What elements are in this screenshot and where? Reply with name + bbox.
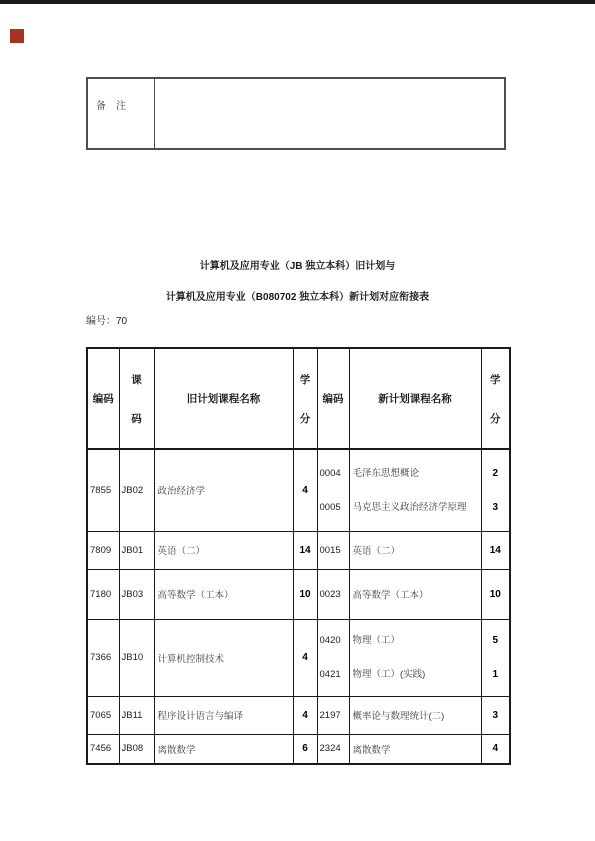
- new-name-cell: 高等数学（工本）: [349, 569, 481, 619]
- doc-title-line2: 计算机及应用专业（B080702 独立本科）新计划对应衔接表: [0, 288, 595, 303]
- course-code-cell: JB08: [119, 734, 154, 764]
- table-row: 7065 JB11 程序设计语言与编译 4 2197 概率论与数理统计(二) 3: [87, 696, 510, 734]
- new-code-cell: 2197: [317, 696, 349, 734]
- old-name-cell: 计算机控制技术: [154, 619, 293, 696]
- course-mapping-table: 编码 课 码 旧计划课程名称 学 分 编码 新计划课程名称 学 分: [86, 347, 511, 765]
- table-row: 7366 JB10 计算机控制技术 4 0420 0421 物理（工） 物理（工…: [87, 619, 510, 696]
- old-code-cell: 7809: [87, 531, 119, 569]
- old-code-cell: 7065: [87, 696, 119, 734]
- doc-number: 编号：70: [86, 312, 127, 327]
- course-code-cell: JB01: [119, 531, 154, 569]
- header-old-code: 编码: [87, 348, 119, 449]
- new-code-cell: 0420 0421: [317, 619, 349, 696]
- page-top-bar: [0, 0, 595, 4]
- course-code-cell: JB02: [119, 449, 154, 531]
- old-credit-cell: 4: [293, 696, 317, 734]
- remark-label: 备 注: [88, 79, 155, 148]
- old-credit-cell: 4: [293, 449, 317, 531]
- table-row: 7180 JB03 高等数学（工本） 10 0023 高等数学（工本） 10: [87, 569, 510, 619]
- old-name-cell: 英语（二）: [154, 531, 293, 569]
- table-row: 7456 JB08 离散数学 6 2324 离散数学 4: [87, 734, 510, 764]
- new-credit-cell: 14: [481, 531, 510, 569]
- old-name-cell: 离散数学: [154, 734, 293, 764]
- new-code-cell: 0015: [317, 531, 349, 569]
- course-code-cell: JB03: [119, 569, 154, 619]
- header-course-code: 课 码: [119, 348, 154, 449]
- old-name-cell: 政治经济学: [154, 449, 293, 531]
- header-new-credit: 学 分: [481, 348, 510, 449]
- table-row: 7855 JB02 政治经济学 4 0004 0005 毛泽东思想概论 马克思主…: [87, 449, 510, 531]
- course-code-cell: JB11: [119, 696, 154, 734]
- old-code-cell: 7366: [87, 619, 119, 696]
- new-code-cell: 0023: [317, 569, 349, 619]
- header-old-credit: 学 分: [293, 348, 317, 449]
- header-new-code: 编码: [317, 348, 349, 449]
- new-name-cell: 物理（工） 物理（工）(实践): [349, 619, 481, 696]
- new-credit-cell: 5 1: [481, 619, 510, 696]
- new-credit-cell: 2 3: [481, 449, 510, 531]
- new-name-cell: 毛泽东思想概论 马克思主义政治经济学原理: [349, 449, 481, 531]
- new-name-cell: 离散数学: [349, 734, 481, 764]
- red-marker: [10, 29, 24, 43]
- new-code-cell: 2324: [317, 734, 349, 764]
- new-name-cell: 英语（二）: [349, 531, 481, 569]
- new-name-cell: 概率论与数理统计(二): [349, 696, 481, 734]
- new-credit-cell: 10: [481, 569, 510, 619]
- new-credit-cell: 4: [481, 734, 510, 764]
- course-code-cell: JB10: [119, 619, 154, 696]
- new-code-cell: 0004 0005: [317, 449, 349, 531]
- old-name-cell: 程序设计语言与编译: [154, 696, 293, 734]
- document-page: { "page": { "top_bar_color": "#1a1a1a", …: [0, 0, 595, 841]
- old-credit-cell: 4: [293, 619, 317, 696]
- new-credit-cell: 3: [481, 696, 510, 734]
- doc-title-line1: 计算机及应用专业（JB 独立本科）旧计划与: [0, 257, 595, 272]
- table-header-row: 编码 课 码 旧计划课程名称 学 分 编码 新计划课程名称 学 分: [87, 348, 510, 449]
- header-new-name: 新计划课程名称: [349, 348, 481, 449]
- old-code-cell: 7855: [87, 449, 119, 531]
- remark-content: [155, 79, 504, 148]
- old-name-cell: 高等数学（工本）: [154, 569, 293, 619]
- old-code-cell: 7456: [87, 734, 119, 764]
- header-old-name: 旧计划课程名称: [154, 348, 293, 449]
- old-code-cell: 7180: [87, 569, 119, 619]
- table-row: 7809 JB01 英语（二） 14 0015 英语（二） 14: [87, 531, 510, 569]
- old-credit-cell: 6: [293, 734, 317, 764]
- remark-box: 备 注: [86, 77, 506, 150]
- old-credit-cell: 14: [293, 531, 317, 569]
- old-credit-cell: 10: [293, 569, 317, 619]
